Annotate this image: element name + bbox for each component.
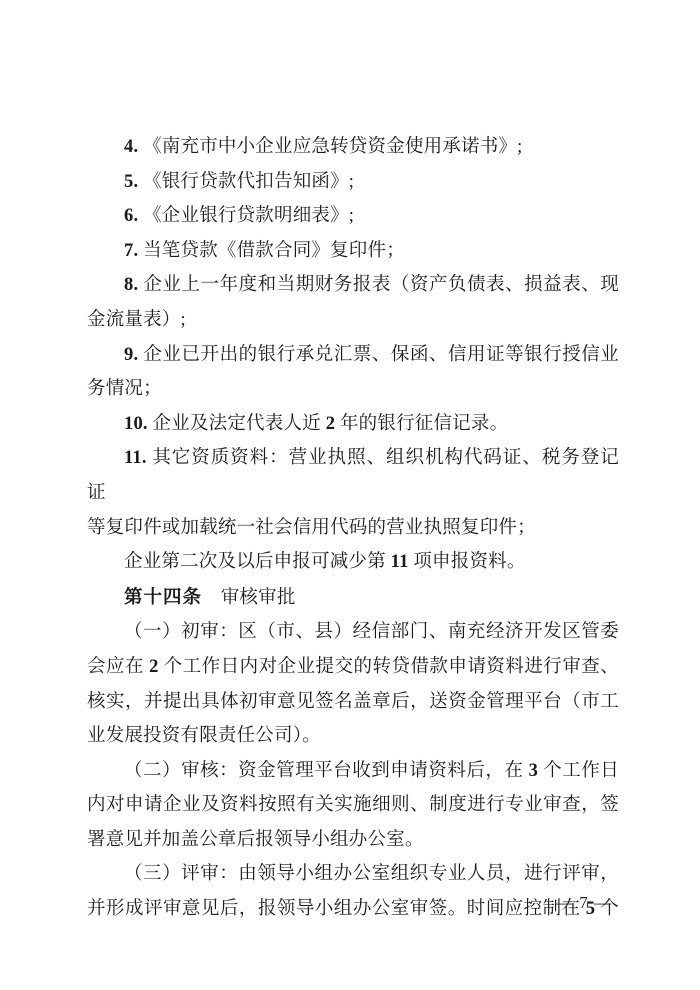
text-segment: 企业上一年度和当期财务报表（资产负债表、损益表、现 bbox=[138, 275, 619, 295]
text-line: 9. 企业已开出的银行承兑汇票、保函、信用证等银行授信业 bbox=[87, 338, 619, 373]
text-line: 11. 其它资质资料：营业执照、组织机构代码证、税务登记证 bbox=[87, 441, 619, 510]
text-segment: 3 bbox=[529, 761, 538, 781]
text-segment: 并形成评审意见后，报领导小组办公室审签。时间应控制在 bbox=[87, 899, 586, 919]
document-content: 4. 《南充市中小企业应急转贷资金使用承诺书》;5. 《银行贷款代扣告知函》;6… bbox=[87, 130, 619, 927]
text-line: （二）审核：资金管理平台收到申请资料后，在 3 个工作日 bbox=[87, 754, 619, 789]
text-segment: 11. bbox=[124, 448, 147, 468]
text-line: 10. 企业及法定代表人近 2 年的银行征信记录。 bbox=[87, 407, 619, 442]
text-line: 5. 《银行贷款代扣告知函》; bbox=[87, 165, 619, 200]
text-segment: 8. bbox=[124, 275, 138, 295]
text-line: 并形成评审意见后，报领导小组办公室审签。时间应控制在 5 个 bbox=[87, 892, 619, 927]
text-segment: 5. bbox=[124, 172, 138, 192]
text-line: 金流量表）; bbox=[87, 303, 619, 338]
text-segment: 核实，并提出具体初审意见签名盖章后，送资金管理平台（市工 bbox=[87, 692, 619, 712]
text-segment: 等复印件或加载统一社会信用代码的营业执照复印件； bbox=[87, 518, 536, 538]
text-line: 8. 企业上一年度和当期财务报表（资产负债表、损益表、现 bbox=[87, 268, 619, 303]
text-segment: 金流量表）; bbox=[87, 310, 186, 330]
text-segment: 年的银行征信记录。 bbox=[335, 414, 508, 434]
text-segment: 内对申请企业及资料按照有关实施细则、制度进行专业审查，签 bbox=[87, 795, 619, 815]
text-line: 业发展投资有限责任公司）。 bbox=[87, 719, 619, 754]
text-line: 内对申请企业及资料按照有关实施细则、制度进行专业审查，签 bbox=[87, 788, 619, 823]
text-line: 务情况； bbox=[87, 372, 619, 407]
page-number: — 7 — bbox=[556, 893, 612, 913]
text-line: 核实，并提出具体初审意见签名盖章后，送资金管理平台（市工 bbox=[87, 685, 619, 720]
text-line: 企业第二次及以后申报可减少第 11 项申报资料。 bbox=[87, 545, 619, 580]
text-segment: 当笔贷款《借款合同》复印件； bbox=[138, 241, 405, 261]
text-segment: 7. bbox=[124, 241, 138, 261]
document-page: 4. 《南充市中小企业应急转贷资金使用承诺书》;5. 《银行贷款代扣告知函》;6… bbox=[0, 0, 700, 990]
text-line: （一）初审：区（市、县）经信部门、南充经济开发区管委 bbox=[87, 615, 619, 650]
text-line: 署意见并加盖公章后报领导小组办公室。 bbox=[87, 823, 619, 858]
text-segment: 《南充市中小企业应急转贷资金使用承诺书》; bbox=[138, 137, 522, 157]
text-segment: 企业第二次及以后申报可减少第 bbox=[124, 552, 391, 572]
text-line: （三）评审：由领导小组办公室组织专业人员，进行评审， bbox=[87, 857, 619, 892]
text-segment: （二）审核：资金管理平台收到申请资料后，在 bbox=[124, 761, 529, 781]
text-segment: 个工作日内对企业提交的转贷借款申请资料进行审查、 bbox=[159, 657, 619, 677]
text-segment: 个工作日 bbox=[538, 761, 619, 781]
text-segment: 2 bbox=[326, 414, 335, 434]
text-segment: 《银行贷款代扣告知函》; bbox=[138, 172, 354, 192]
text-segment: 项申报资料。 bbox=[409, 552, 526, 572]
text-segment: 9. bbox=[124, 345, 138, 365]
text-line: 会应在 2 个工作日内对企业提交的转贷借款申请资料进行审查、 bbox=[87, 650, 619, 685]
text-segment: 企业已开出的银行承兑汇票、保函、信用证等银行授信业 bbox=[138, 345, 619, 365]
text-segment: 10. bbox=[124, 414, 148, 434]
text-segment: 其它资质资料：营业执照、组织机构代码证、税务登记证 bbox=[87, 448, 619, 503]
text-segment: （一）初审：区（市、县）经信部门、南充经济开发区管委 bbox=[124, 622, 619, 642]
text-segment: 《企业银行贷款明细表》; bbox=[138, 206, 354, 226]
text-segment: 4. bbox=[124, 137, 138, 157]
text-segment: （三）评审：由领导小组办公室组织专业人员，进行评审， bbox=[124, 864, 619, 884]
text-segment: 业发展投资有限责任公司）。 bbox=[87, 726, 321, 746]
text-line: 第十四条 审核审批 bbox=[87, 580, 619, 616]
text-line: 4. 《南充市中小企业应急转贷资金使用承诺书》; bbox=[87, 130, 619, 165]
text-segment: 务情况； bbox=[87, 379, 162, 399]
text-segment: 企业及法定代表人近 bbox=[148, 414, 326, 434]
text-line: 6. 《企业银行贷款明细表》; bbox=[87, 199, 619, 234]
text-segment: 署意见并加盖公章后报领导小组办公室。 bbox=[87, 830, 424, 850]
text-line: 等复印件或加载统一社会信用代码的营业执照复印件； bbox=[87, 511, 619, 546]
text-line: 7. 当笔贷款《借款合同》复印件； bbox=[87, 234, 619, 269]
text-segment: 审核审批 bbox=[202, 588, 296, 608]
text-segment: 11 bbox=[391, 552, 409, 572]
text-segment: 第十四条 bbox=[124, 586, 202, 607]
text-segment: 会应在 bbox=[87, 657, 149, 677]
text-segment: 6. bbox=[124, 206, 138, 226]
text-segment: 2 bbox=[149, 657, 158, 677]
